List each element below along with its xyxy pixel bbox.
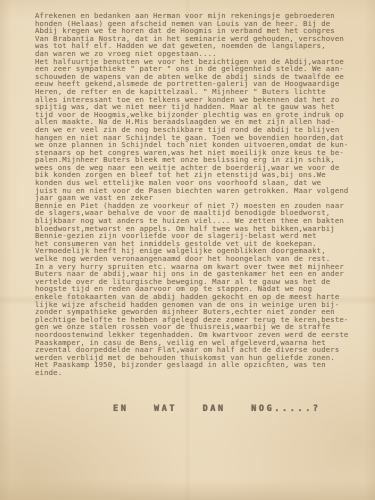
document-page: Afrekenen en bedanken aan Herman voor mi… <box>0 0 375 500</box>
closing-heading: EN WAT DAN NOG.....? <box>113 404 321 414</box>
text-line: einde. <box>35 369 351 377</box>
text-line: Het Paaskamp 1950, bijzonder geslaagd in… <box>35 361 351 369</box>
typed-text-block: Afrekenen en bedanken aan Herman voor mi… <box>35 12 351 377</box>
